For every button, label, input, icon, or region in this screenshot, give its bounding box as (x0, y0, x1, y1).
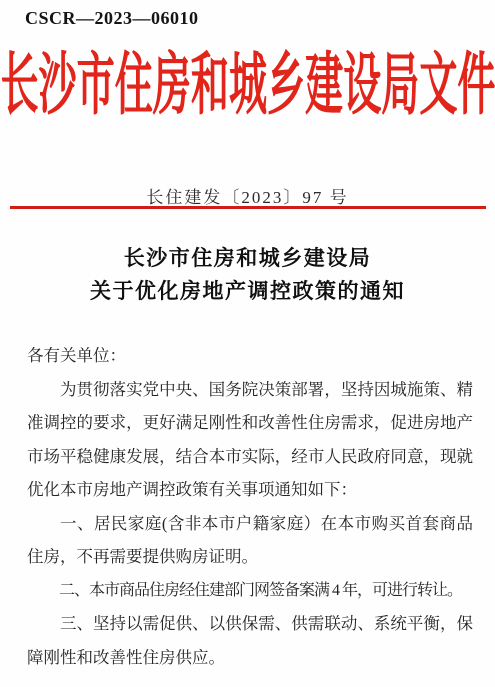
salutation: 各有关单位： (27, 339, 473, 373)
doc-number: 长住建发〔2023〕97 号 (0, 183, 495, 208)
red-divider-rule (10, 206, 486, 209)
notice-title: 长沙市住房和城乡建设局 关于优化房地产调控政策的通知 (0, 242, 495, 308)
paragraph-item-2: 二、本市商品住房经住建部门网签备案满 4 年，可进行转让。 (27, 574, 473, 608)
masthead-title: 长沙市住房和城乡建设局文件 (0, 46, 495, 124)
notice-title-line2: 关于优化房地产调控政策的通知 (0, 275, 495, 308)
notice-title-line1: 长沙市住房和城乡建设局 (0, 242, 495, 275)
document-index-code: CSCR—2023—06010 (25, 8, 199, 29)
masthead-banner: 长沙市住房和城乡建设局文件 (0, 46, 495, 128)
paragraph-item-1: 一、居民家庭(含非本市户籍家庭）在本市购买首套商品住房，不再需要提供购房证明。 (27, 507, 473, 574)
paragraph-item-3: 三、坚持以需促供、以供保需、供需联动、系统平衡，保障刚性和改善性住房供应。 (27, 607, 473, 674)
document-page: CSCR—2023—06010 长沙市住房和城乡建设局文件 长住建发〔2023〕… (0, 0, 495, 687)
paragraph-preamble: 为贯彻落实党中央、国务院决策部署，坚持因城施策、精准调控的要求，更好满足刚性和改… (27, 373, 473, 507)
document-body: 各有关单位： 为贯彻落实党中央、国务院决策部署，坚持因城施策、精准调控的要求，更… (27, 339, 473, 674)
